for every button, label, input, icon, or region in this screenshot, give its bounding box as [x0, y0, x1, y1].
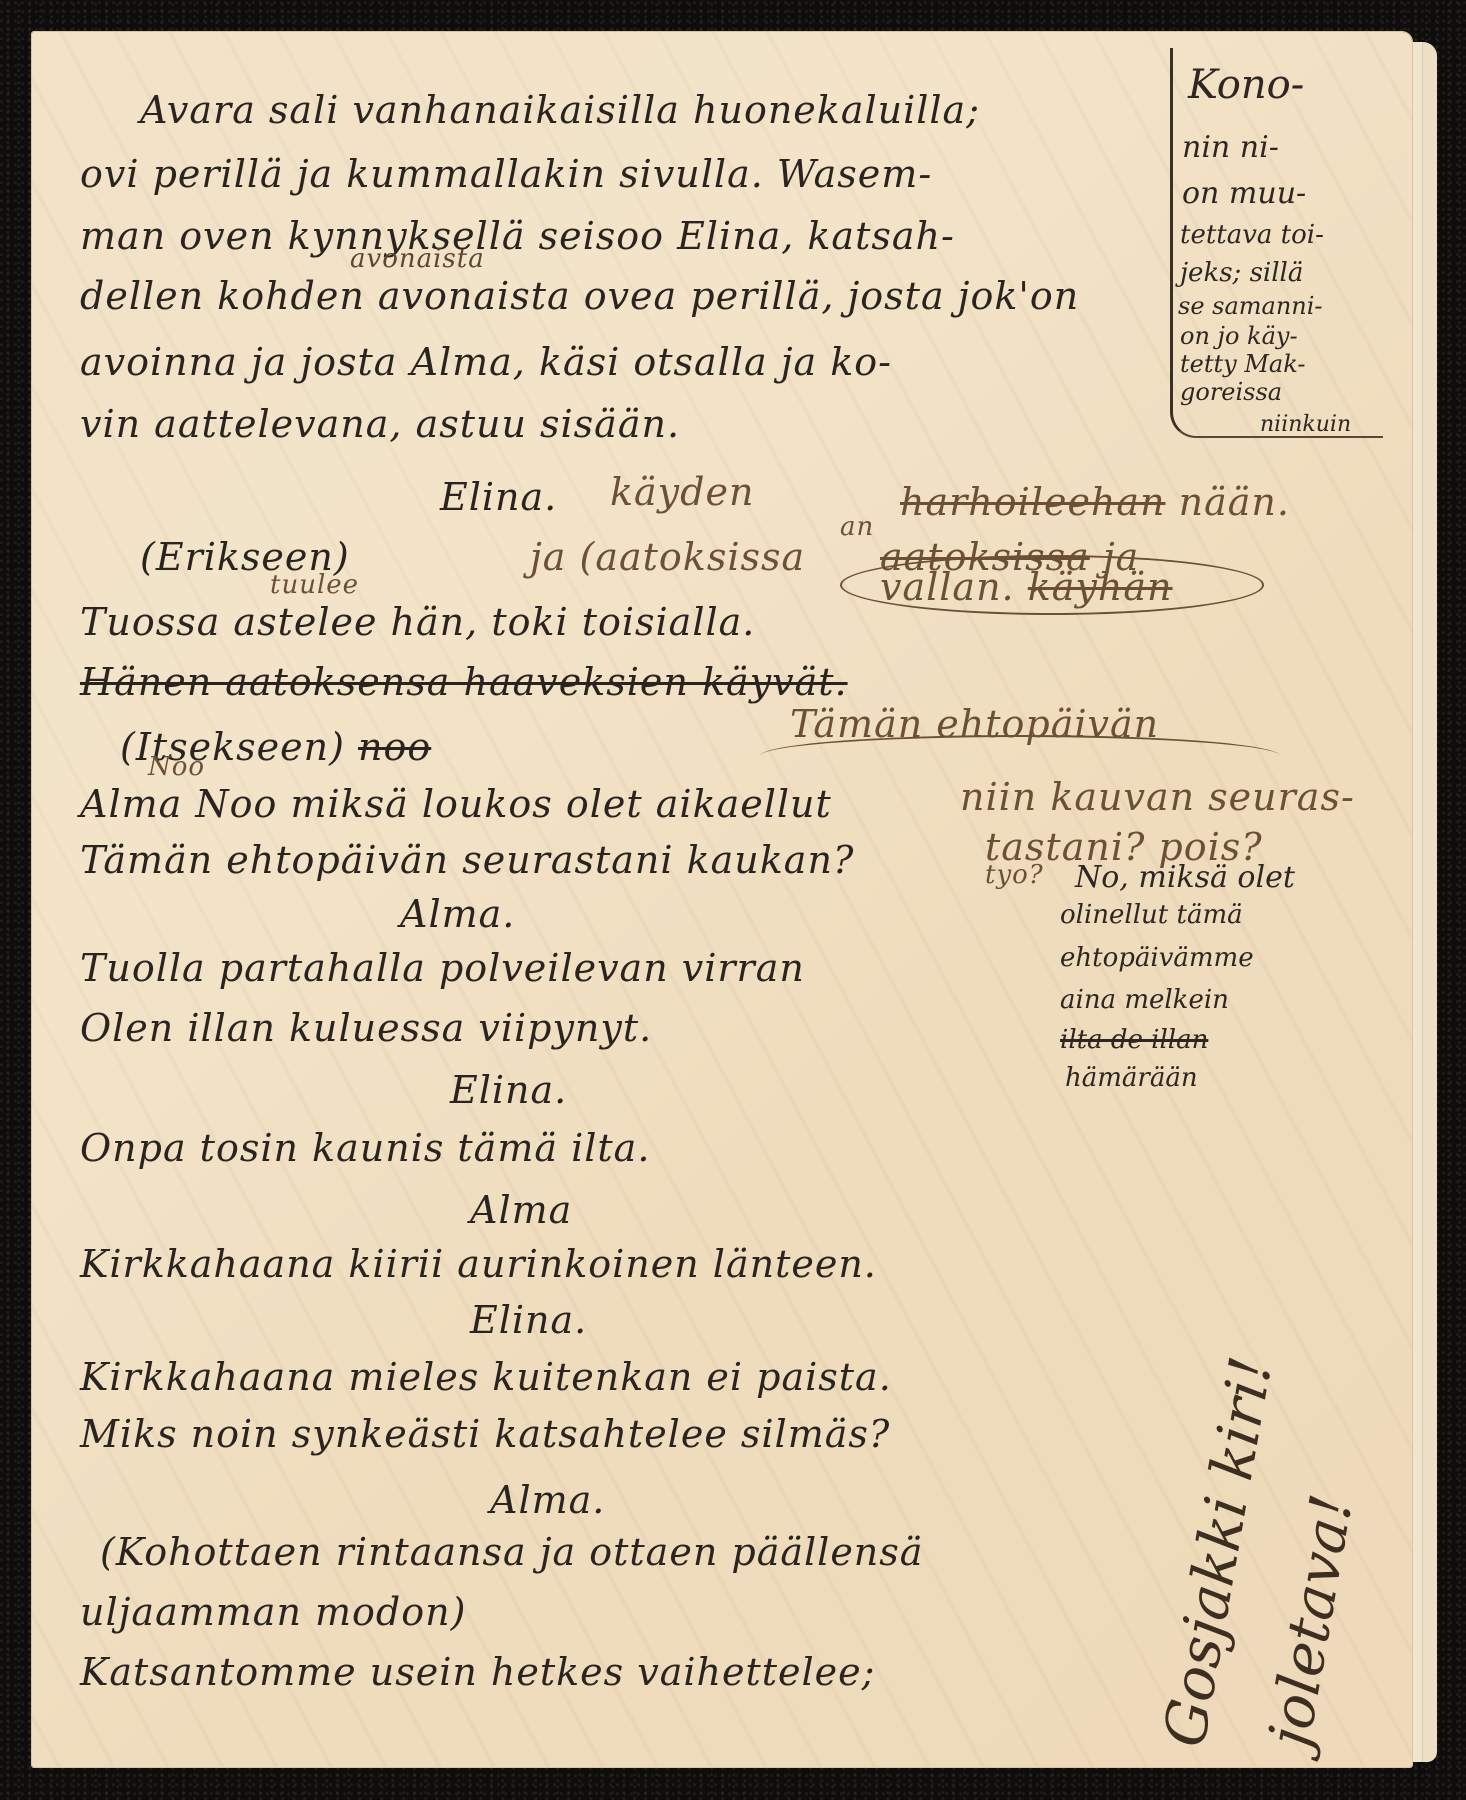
stage-direction-line-1: Avara sali vanhanaikaisilla huonekaluill…	[140, 88, 980, 132]
margin-note-mid-line-4: aina melkein	[1060, 985, 1229, 1015]
margin-note-mid-line-3: ehtopäivämme	[1060, 943, 1254, 973]
revision-naan: nään.	[1179, 480, 1290, 524]
struck-harhoileehan: harhoileehan	[900, 480, 1166, 524]
dialogue-onpa: Onpa tosin kaunis tämä ilta.	[80, 1126, 650, 1170]
margin-note-mid-line-5: ilta de illan	[1060, 1025, 1208, 1055]
margin-note-mid-line-2: olinellut tämä	[1060, 900, 1243, 930]
revision-vallan: vallan. käyhän	[880, 565, 1173, 609]
insert-tuulee: tuulee	[270, 570, 359, 600]
stage-direction-line-5: avoinna ja josta Alma, käsi otsalla ja k…	[80, 340, 892, 384]
stage-direction-line-2: ovi perillä ja kummallakin sivulla. Wase…	[80, 152, 932, 196]
dialogue-miksa: Alma Noo miksä loukos olet aikaellut	[80, 782, 832, 826]
direction-aatoksissa: ja (aatoksissa	[530, 535, 805, 579]
speaker-elina-1: Elina.	[440, 475, 557, 519]
dialogue-tuossa: Tuossa astelee hän, toki toisialla.	[80, 600, 755, 644]
margin-note-mid-line-1: No, miksä olet	[1075, 860, 1295, 895]
speaker-alma-1: Alma.	[400, 892, 515, 936]
insert-curve	[760, 735, 1280, 777]
margin-note-line-2: nin ni-	[1182, 130, 1279, 165]
insert-avonaista: avonaista	[350, 244, 485, 274]
direction-uljaamman: uljaamman modon)	[80, 1590, 466, 1634]
speaker-elina-3: Elina.	[470, 1298, 587, 1342]
dialogue-kirkkahaana-2: Kirkkahaana mieles kuitenkan ei paista.	[80, 1355, 892, 1399]
revision-harhoileehan: harhoileehan nään.	[900, 480, 1290, 524]
direction-kohottaen: (Kohottaen rintaansa ja ottaen päällensä	[100, 1530, 923, 1574]
margin-note-line-6: se samanni-	[1178, 292, 1323, 320]
dialogue-hanen-struck: Hänen aatoksensa haaveksien käyvät.	[80, 660, 848, 704]
dialogue-katsantomme: Katsantomme usein hetkes vaihettelee;	[80, 1650, 875, 1694]
continuation-niin-kauvan: niin kauvan seuras-	[960, 775, 1355, 819]
margin-note-line-5: jeks; sillä	[1180, 258, 1303, 288]
dialogue-olen-illan: Olen illan kuluessa viipynyt.	[80, 1006, 652, 1050]
dialogue-kirkkahaana-1: Kirkkahaana kiirii aurinkoinen länteen.	[80, 1242, 877, 1286]
stage-direction-line-3: man oven kynnyksellä seisoo Elina, katsa…	[80, 214, 955, 258]
speaker-elina-2: Elina.	[450, 1068, 567, 1112]
revision-vallan-word: vallan.	[880, 565, 1015, 609]
speaker-alma-2: Alma	[470, 1188, 572, 1232]
margin-note-footer: niinkuin	[1260, 412, 1351, 437]
margin-note-line-9: goreissa	[1180, 378, 1282, 406]
dialogue-tuolla: Tuolla partahalla polveilevan virran	[80, 946, 805, 990]
stage-direction-line-4: dellen kohden avonaista ovea perillä, jo…	[80, 274, 1079, 318]
struck-kayhan: käyhän	[1028, 565, 1173, 609]
dialogue-taman-ehtopaivan: Tämän ehtopäivän seurastani kaukan?	[80, 838, 854, 882]
margin-note-line-8: tetty Mak-	[1180, 350, 1305, 378]
speaker-note-kayden: käyden	[610, 470, 754, 514]
dialogue-miks-noin: Miks noin synkeästi katsahtelee silmäs?	[80, 1412, 890, 1456]
margin-note-line-4: tettava toi-	[1180, 220, 1324, 250]
direction-insert-an: an	[840, 512, 874, 542]
margin-note-line-3: on muu-	[1182, 176, 1306, 211]
insert-noo: Noo	[148, 752, 205, 782]
continuation-tyo: tyo?	[985, 860, 1044, 890]
margin-note-line-1: Kono-	[1188, 62, 1304, 108]
speaker-alma-3: Alma.	[490, 1478, 605, 1522]
stage-direction-line-6: vin aattelevana, astuu sisään.	[80, 402, 680, 446]
struck-noo: noo	[358, 725, 431, 769]
margin-note-mid-line-6: hämärään	[1065, 1063, 1198, 1093]
margin-note-line-7: on jo käy-	[1180, 322, 1298, 350]
